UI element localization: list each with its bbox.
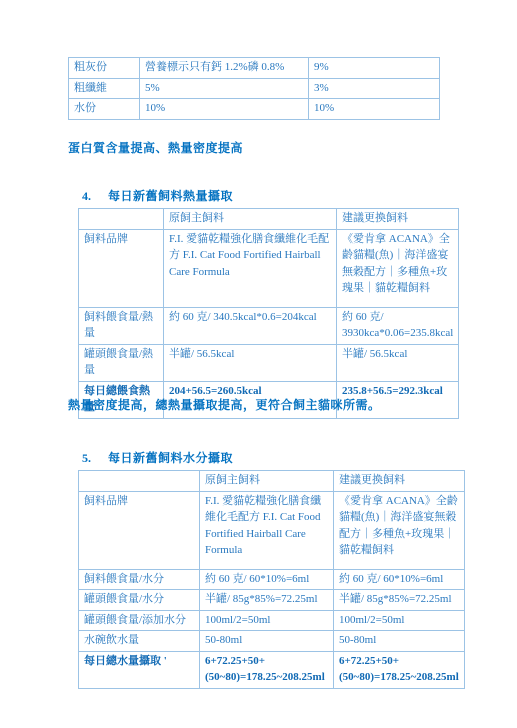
document-page: 粗灰份 營養標示只有鈣 1.2%磷 0.8% 9% 粗纖維 5% 3% 水份 1… [0,0,517,728]
new-food-value-cell: 9% [309,58,440,79]
corner-cell [79,209,164,230]
calorie-intake-table: 原飼主飼料 建議更換飼料 飼料品牌 F.I. 愛貓乾糧強化膳食纖維化毛配方 F.… [78,208,459,419]
old-food-value-cell: 50-80ml [200,631,334,652]
table-row: 粗灰份 營養標示只有鈣 1.2%磷 0.8% 9% [69,58,440,79]
table-total-row: 每日總水量攝取 ' 6+72.25+50+(50~80)=178.25~208.… [79,651,465,688]
row-label-cell: 粗纖維 [69,78,140,99]
row-label-cell: 飼料餵食量/水分 [79,569,200,590]
protein-statement: 蛋白質含量提高、熱量密度提高 [68,139,243,156]
new-food-header-cell: 建議更換飼料 [337,209,459,230]
old-food-header-cell: 原飼主飼料 [164,209,337,230]
table-row: 罐頭餵食量/熱量 半罐/ 56.5kcal 半罐/ 56.5kcal [79,344,459,381]
table-row: 罐頭餵食量/添加水分 100ml/2=50ml 100ml/2=50ml [79,610,465,631]
row-label-cell: 飼料餵食量/熱量 [79,307,164,344]
old-food-value-cell: 半罐/ 56.5kcal [164,344,337,381]
row-label-cell: 飼料品牌 [79,229,164,307]
row-label-cell: 每日總水量攝取 ' [79,651,200,688]
new-food-value-cell: 100ml/2=50ml [334,610,465,631]
row-label-cell: 粗灰份 [69,58,140,79]
old-food-value-cell: 半罐/ 85g*85%=72.25ml [200,590,334,611]
section-title: 每日新舊飼料熱量攝取 [108,189,233,203]
row-label-cell: 罐頭餵食量/添加水分 [79,610,200,631]
old-food-value-cell: 約 60 克/ 340.5kcal*0.6=204kcal [164,307,337,344]
nutrition-comparison-table: 粗灰份 營養標示只有鈣 1.2%磷 0.8% 9% 粗纖維 5% 3% 水份 1… [68,57,440,120]
new-food-value-cell: 約 60 克/ 3930kca*0.06=235.8kcal [337,307,459,344]
old-food-value-cell: 10% [140,99,309,120]
old-food-value-cell: 5% [140,78,309,99]
table-header-row: 原飼主飼料 建議更換飼料 [79,471,465,492]
old-food-value-cell: 營養標示只有鈣 1.2%磷 0.8% [140,58,309,79]
water-intake-table: 原飼主飼料 建議更換飼料 飼料品牌 F.I. 愛貓乾糧強化膳食纖維化毛配方 F.… [78,470,465,689]
table-row: 水份 10% 10% [69,99,440,120]
new-food-value-cell: 50-80ml [334,631,465,652]
new-food-value-cell: 《愛肯拿 ACANA》全齡貓糧(魚)｜海洋盛宴無穀配方｜多種魚+玫瑰果｜貓乾糧飼… [334,491,465,569]
section-4-heading: 4.每日新舊飼料熱量攝取 [82,187,233,204]
row-label-cell: 水份 [69,99,140,120]
new-food-header-cell: 建議更換飼料 [334,471,465,492]
corner-cell [79,471,200,492]
new-food-total-cell: 6+72.25+50+(50~80)=178.25~208.25ml [334,651,465,688]
table-header-row: 原飼主飼料 建議更換飼料 [79,209,459,230]
new-food-value-cell: 10% [309,99,440,120]
table-row: 罐頭餵食量/水分 半罐/ 85g*85%=72.25ml 半罐/ 85g*85%… [79,590,465,611]
old-food-value-cell: F.I. 愛貓乾糧強化膳食纖維化毛配方 F.I. Cat Food Fortif… [164,229,337,307]
section-number: 5. [82,451,108,466]
old-food-value-cell: F.I. 愛貓乾糧強化膳食纖維化毛配方 F.I. Cat Food Fortif… [200,491,334,569]
section-5-heading: 5.每日新舊飼料水分攝取 [82,449,233,466]
row-label-cell: 飼料品牌 [79,491,200,569]
table-row: 飼料品牌 F.I. 愛貓乾糧強化膳食纖維化毛配方 F.I. Cat Food F… [79,491,465,569]
table-row: 飼料餵食量/熱量 約 60 克/ 340.5kcal*0.6=204kcal 約… [79,307,459,344]
new-food-value-cell: 半罐/ 56.5kcal [337,344,459,381]
table-row: 飼料品牌 F.I. 愛貓乾糧強化膳食纖維化毛配方 F.I. Cat Food F… [79,229,459,307]
new-food-value-cell: 半罐/ 85g*85%=72.25ml [334,590,465,611]
old-food-total-cell: 6+72.25+50+(50~80)=178.25~208.25ml [200,651,334,688]
table-row: 飼料餵食量/水分 約 60 克/ 60*10%=6ml 約 60 克/ 60*1… [79,569,465,590]
new-food-value-cell: 約 60 克/ 60*10%=6ml [334,569,465,590]
calorie-statement: 熱量密度提高，總熱量攝取提高，更符合飼主貓咪所需。 [68,396,381,413]
section-title: 每日新舊飼料水分攝取 [108,451,233,465]
old-food-value-cell: 約 60 克/ 60*10%=6ml [200,569,334,590]
row-label-cell: 罐頭餵食量/熱量 [79,344,164,381]
section-number: 4. [82,189,108,204]
old-food-header-cell: 原飼主飼料 [200,471,334,492]
row-label-cell: 罐頭餵食量/水分 [79,590,200,611]
new-food-value-cell: 《愛肯拿 ACANA》全齡貓糧(魚)｜海洋盛宴無穀配方｜多種魚+玫瑰果｜貓乾糧飼… [337,229,459,307]
table-row: 水碗飲水量 50-80ml 50-80ml [79,631,465,652]
new-food-value-cell: 3% [309,78,440,99]
table-row: 粗纖維 5% 3% [69,78,440,99]
old-food-value-cell: 100ml/2=50ml [200,610,334,631]
row-label-cell: 水碗飲水量 [79,631,200,652]
